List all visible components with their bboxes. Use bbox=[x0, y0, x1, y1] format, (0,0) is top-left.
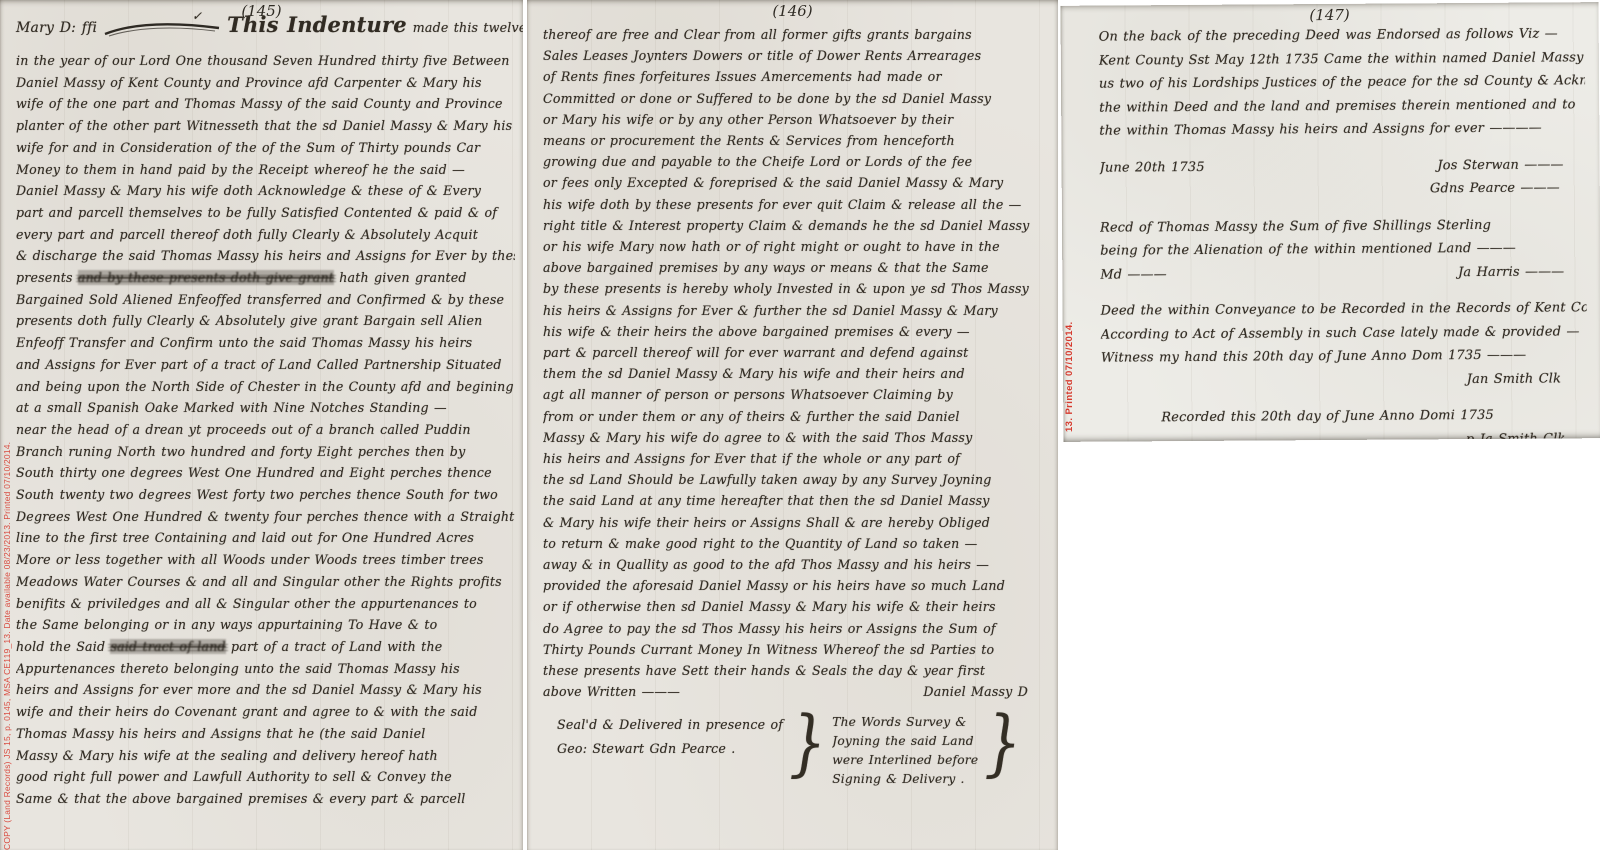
manuscript-line: the Same belonging or in any ways appurt… bbox=[16, 614, 515, 636]
manuscript-line: or fees only Excepted & foreprised & the… bbox=[543, 172, 1050, 193]
manuscript-line: Recorded this 20th day of June Anno Domi… bbox=[1101, 403, 1587, 442]
manuscript-line: wife for and in Consideration of the of … bbox=[16, 137, 515, 159]
archive-watermark-page3: 13. Printed 07/10/2014. bbox=[1064, 321, 1075, 432]
manuscript-line: Committed or done or Suffered to be done… bbox=[543, 88, 1050, 109]
manuscript-line: were Interlined before bbox=[832, 751, 978, 770]
manuscript-line: On the back of the preceding Deed was En… bbox=[1099, 22, 1585, 49]
manuscript-line: Joyning the said Land bbox=[832, 732, 978, 751]
manuscript-line: the within Thomas Massy his heirs and As… bbox=[1099, 116, 1585, 143]
manuscript-line: his wife doth by these presents for ever… bbox=[543, 194, 1050, 215]
page-147-text: On the back of the preceding Deed was En… bbox=[1099, 22, 1588, 442]
manuscript-line: to return & make good right to the Quant… bbox=[543, 533, 1050, 554]
opening-rest: made this twelveth day of May bbox=[413, 20, 523, 35]
manuscript-line: part & parcell thereof will for ever war… bbox=[543, 342, 1050, 363]
deed-scan-viewer: (145) Mary D: ffi✓This Indenturemade thi… bbox=[0, 0, 1600, 850]
manuscript-line: heirs and Assigns for ever more and the … bbox=[16, 679, 515, 701]
manuscript-line: planter of the other part Witnesseth tha… bbox=[16, 115, 515, 137]
manuscript-line: and Assigns for Ever part of a tract of … bbox=[16, 354, 515, 376]
manuscript-line: Bargained Sold Aliened Enfeoffed transfe… bbox=[16, 289, 515, 311]
manuscript-line: Deed the within Conveyance to be Recorde… bbox=[1101, 296, 1587, 323]
manuscript-line: & Mary his wife their heirs or Assigns S… bbox=[543, 512, 1050, 533]
page-number-146: (146) bbox=[527, 2, 1058, 20]
manuscript-line: & discharge the said Thomas Massy his he… bbox=[16, 245, 515, 267]
manuscript-line: his wife & their heirs the above bargain… bbox=[543, 321, 1050, 342]
manuscript-line: the within Deed and the land and premise… bbox=[1099, 93, 1585, 120]
manuscript-line: right title & Interest property Claim & … bbox=[543, 215, 1050, 236]
manuscript-line: Daniel Massy & Mary his wife doth Acknow… bbox=[16, 180, 515, 202]
manuscript-line: the sd Land Should be Lawfully taken awa… bbox=[543, 469, 1050, 490]
deed-page-145: (145) Mary D: ffi✓This Indenturemade thi… bbox=[0, 0, 523, 850]
manuscript-line: his heirs & Assigns for Ever & further t… bbox=[543, 300, 1050, 321]
manuscript-line: Branch runing North two hundred and fort… bbox=[16, 441, 515, 463]
manuscript-line: Daniel Massy of Kent County and Province… bbox=[16, 72, 515, 94]
manuscript-line: presents doth fully Clearly & Absolutely… bbox=[16, 310, 515, 332]
check-mark: ✓ bbox=[192, 6, 202, 28]
pen-flourish bbox=[103, 21, 223, 37]
signature-area: Seal'd & Delivered in presence of Geo: S… bbox=[543, 713, 1050, 789]
archive-watermark-left: COPY (Land Records) JS 15, p. 0145, MSA … bbox=[2, 442, 12, 850]
manuscript-line: agt all manner of person or persons What… bbox=[543, 384, 1050, 405]
manuscript-line: Md ———Ja Harris ——— bbox=[1100, 260, 1586, 287]
deed-page-146: (146) thereof are free and Clear from al… bbox=[527, 0, 1058, 850]
manuscript-line: More or less together with all Woods und… bbox=[16, 549, 515, 571]
manuscript-line: us two of his Lordships Justices of the … bbox=[1099, 69, 1585, 96]
manuscript-line: from or under them or any of theirs & fu… bbox=[543, 406, 1050, 427]
manuscript-line: Appurtenances thereto belonging unto the… bbox=[16, 658, 515, 680]
manuscript-line: means or procurement the Rents & Service… bbox=[543, 130, 1050, 151]
manuscript-line: provided the aforesaid Daniel Massy or h… bbox=[543, 575, 1050, 596]
manuscript-line: Signing & Delivery . bbox=[832, 770, 978, 789]
manuscript-line: or if otherwise then sd Daniel Massy & M… bbox=[543, 596, 1050, 617]
manuscript-line: or his wife Mary now hath or of right mi… bbox=[543, 236, 1050, 257]
manuscript-line: above bargained premises by any ways or … bbox=[543, 257, 1050, 278]
curly-brace: } bbox=[789, 705, 826, 778]
manuscript-line: hold the Said said tract of land part of… bbox=[16, 636, 515, 658]
opening-words: This Indenture bbox=[227, 12, 407, 37]
manuscript-line: According to Act of Assembly in such Cas… bbox=[1101, 320, 1587, 347]
manuscript-line: Meadows Water Courses & and all and Sing… bbox=[16, 571, 515, 593]
manuscript-line: being for the Alienation of the within m… bbox=[1100, 236, 1586, 263]
manuscript-line: Mary D: ffi✓This Indenturemade this twel… bbox=[16, 14, 515, 48]
manuscript-line: of Rents fines forfeitures Issues Amerce… bbox=[543, 66, 1050, 87]
manuscript-line: South twenty two degrees West forty two … bbox=[16, 484, 515, 506]
manuscript-line: South thirty one degrees West One Hundre… bbox=[16, 462, 515, 484]
manuscript-line: Sales Leases Joynters Dowers or title of… bbox=[543, 45, 1050, 66]
manuscript-line: Money to them in hand paid by the Receip… bbox=[16, 159, 515, 181]
manuscript-line: Kent County Sst May 12th 1735 Came the w… bbox=[1099, 46, 1585, 73]
interlineation-note: The Words Survey &Joyning the said Landw… bbox=[832, 713, 978, 789]
manuscript-line: June 20th 1735Jos Sterwan ——— bbox=[1100, 153, 1586, 180]
manuscript-line: his heirs and Assigns for Ever that if t… bbox=[543, 448, 1050, 469]
manuscript-line: wife and their heirs do Covenant grant a… bbox=[16, 701, 515, 723]
manuscript-line: them the sd Daniel Massy & Mary his wife… bbox=[543, 363, 1050, 384]
manuscript-line: Degrees West One Hundred & twenty four p… bbox=[16, 506, 515, 528]
witness-line: Geo: Stewart Gdn Pearce . bbox=[557, 737, 783, 761]
manuscript-line: presents and by these presents doth give… bbox=[16, 267, 515, 289]
page-146-text: thereof are free and Clear from all form… bbox=[543, 24, 1050, 789]
curly-brace: } bbox=[984, 705, 1021, 778]
manuscript-line: benifits & priviledges and all & Singula… bbox=[16, 593, 515, 615]
deed-page-147: (147) On the back of the preceding Deed … bbox=[1060, 2, 1600, 442]
manuscript-line: the said Land at any time hereafter that… bbox=[543, 490, 1050, 511]
manuscript-line: Witness my hand this 20th day of June An… bbox=[1101, 343, 1587, 370]
manuscript-line: Enfeoff Transfer and Confirm unto the sa… bbox=[16, 332, 515, 354]
manuscript-line: growing due and payable to the Cheife Lo… bbox=[543, 151, 1050, 172]
manuscript-line: Massy & Mary his wife do agree to & with… bbox=[543, 427, 1050, 448]
manuscript-line: in the year of our Lord One thousand Sev… bbox=[16, 50, 515, 72]
manuscript-line: away & in Quallity as good to the afd Th… bbox=[543, 554, 1050, 575]
manuscript-line: The Words Survey & bbox=[832, 713, 978, 732]
witness-line: Seal'd & Delivered in presence of bbox=[557, 713, 783, 737]
manuscript-line: part and parcell themselves to be fully … bbox=[16, 202, 515, 224]
page-145-text: Mary D: ffi✓This Indenturemade this twel… bbox=[16, 14, 515, 810]
manuscript-line: line to the first tree Containing and la… bbox=[16, 527, 515, 549]
manuscript-line: or Mary his wife or by any other Person … bbox=[543, 109, 1050, 130]
page-147-lines: On the back of the preceding Deed was En… bbox=[1099, 22, 1588, 442]
manuscript-line: Thomas Massy his heirs and Assigns that … bbox=[16, 723, 515, 745]
manuscript-line: Jan Smith Clk bbox=[1101, 367, 1587, 394]
manuscript-line: Massy & Mary his wife at the sealing and… bbox=[16, 745, 515, 767]
page-145-lines: in the year of our Lord One thousand Sev… bbox=[16, 50, 515, 810]
page-146-lines: thereof are free and Clear from all form… bbox=[543, 24, 1050, 703]
manuscript-line: Thirty Pounds Currant Money In Witness W… bbox=[543, 639, 1050, 660]
manuscript-line: Recd of Thomas Massy the Sum of five Shi… bbox=[1100, 213, 1586, 240]
manuscript-line: near the head of a drean yt proceeds out… bbox=[16, 419, 515, 441]
manuscript-line: by these presents is hereby wholy Invest… bbox=[543, 278, 1050, 299]
manuscript-line: Gdns Pearce ——— bbox=[1100, 176, 1586, 203]
witness-block: Seal'd & Delivered in presence of Geo: S… bbox=[557, 713, 783, 761]
manuscript-line: these presents have Sett their hands & S… bbox=[543, 660, 1050, 681]
manuscript-line: and being upon the North Side of Chester… bbox=[16, 376, 515, 398]
margin-note: Mary D: ffi bbox=[16, 20, 97, 36]
manuscript-line: do Agree to pay the sd Thos Massy his he… bbox=[543, 618, 1050, 639]
manuscript-line: wife of the one part and Thomas Massy of… bbox=[16, 93, 515, 115]
manuscript-line: every part and parcell thereof doth full… bbox=[16, 224, 515, 246]
manuscript-line: at a small Spanish Oake Marked with Nine… bbox=[16, 397, 515, 419]
manuscript-line: thereof are free and Clear from all form… bbox=[543, 24, 1050, 45]
manuscript-line: Same & that the above bargained premises… bbox=[16, 788, 515, 810]
manuscript-line: good right full power and Lawfull Author… bbox=[16, 766, 515, 788]
